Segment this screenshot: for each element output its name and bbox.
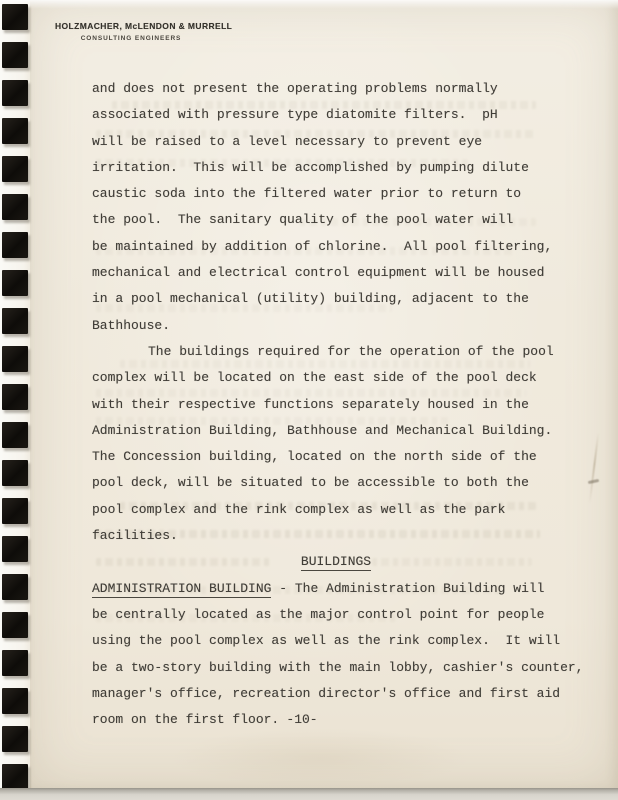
binding-tooth bbox=[2, 650, 28, 676]
typed-line-admin-heading: ADMINISTRATION BUILDING - The Administra… bbox=[92, 576, 580, 602]
scanned-report-page: { "letterhead": { "firm": "HOLZMACHER, M… bbox=[0, 0, 618, 800]
paper-stain bbox=[170, 728, 470, 788]
typed-line: be centrally located as the major contro… bbox=[92, 602, 580, 628]
binding-tooth bbox=[2, 726, 28, 752]
paper-bottom-edge bbox=[0, 788, 618, 800]
admin-heading-continuation: - The Administration Building will bbox=[271, 581, 544, 596]
binding-tooth bbox=[2, 460, 28, 486]
typed-line: be maintained by addition of chlorine. A… bbox=[92, 234, 580, 260]
typed-line: complex will be located on the east side… bbox=[92, 365, 580, 391]
typed-line: will be raised to a level necessary to p… bbox=[92, 129, 580, 155]
binding-tooth bbox=[2, 80, 28, 106]
binding-tooth bbox=[2, 42, 28, 68]
section-heading: BUILDINGS bbox=[92, 549, 580, 575]
typed-line: The Concession building, located on the … bbox=[92, 444, 580, 470]
typed-line: Administration Building, Bathhouse and M… bbox=[92, 418, 580, 444]
typed-line: caustic soda into the filtered water pri… bbox=[92, 181, 580, 207]
admin-building-heading: ADMINISTRATION BUILDING bbox=[92, 581, 271, 598]
binding-tooth bbox=[2, 612, 28, 638]
typed-line: with their respective functions separate… bbox=[92, 392, 580, 418]
section-heading-text: BUILDINGS bbox=[301, 554, 371, 571]
binding-tooth bbox=[2, 384, 28, 410]
letterhead-subtitle: CONSULTING ENGINEERS bbox=[55, 35, 207, 42]
typed-line: irritation. This will be accomplished by… bbox=[92, 155, 580, 181]
typed-line: pool deck, will be situated to be access… bbox=[92, 470, 580, 496]
binding-tooth bbox=[2, 270, 28, 296]
letterhead-firm-name: HOLZMACHER, McLENDON & MURRELL bbox=[55, 21, 207, 31]
binding-tooth bbox=[2, 574, 28, 600]
binding-tooth bbox=[2, 346, 28, 372]
binding-tooth bbox=[2, 118, 28, 144]
typed-line: manager's office, recreation director's … bbox=[92, 681, 580, 707]
typed-line: pool complex and the rink complex as wel… bbox=[92, 497, 580, 523]
typed-line: in a pool mechanical (utility) building,… bbox=[92, 286, 580, 312]
binding-tooth bbox=[2, 194, 28, 220]
typed-line: associated with pressure type diatomite … bbox=[92, 102, 580, 128]
typed-line-paragraph-indent: The buildings required for the operation… bbox=[92, 339, 580, 365]
binding-tooth bbox=[2, 422, 28, 448]
typed-line: using the pool complex as well as the ri… bbox=[92, 628, 580, 654]
typed-line: mechanical and electrical control equipm… bbox=[92, 260, 580, 286]
binding-tooth bbox=[2, 232, 28, 258]
typed-line: facilities. bbox=[92, 523, 580, 549]
paper-top-edge-highlight bbox=[0, 0, 618, 9]
binding-tooth bbox=[2, 156, 28, 182]
comb-binding bbox=[0, 0, 34, 800]
binding-tooth bbox=[2, 764, 28, 790]
typed-line: Bathhouse. bbox=[92, 313, 580, 339]
binding-tooth bbox=[2, 498, 28, 524]
typed-line: and does not present the operating probl… bbox=[92, 76, 580, 102]
typed-body: and does not present the operating probl… bbox=[92, 76, 580, 733]
letterhead: HOLZMACHER, McLENDON & MURRELL CONSULTIN… bbox=[55, 21, 207, 42]
binding-tooth bbox=[2, 4, 28, 30]
typed-line: be a two-story building with the main lo… bbox=[92, 655, 580, 681]
binding-tooth bbox=[2, 688, 28, 714]
page-number: -10- bbox=[92, 712, 512, 727]
binding-tooth bbox=[2, 536, 28, 562]
binding-tooth bbox=[2, 308, 28, 334]
typed-line: the pool. The sanitary quality of the po… bbox=[92, 207, 580, 233]
